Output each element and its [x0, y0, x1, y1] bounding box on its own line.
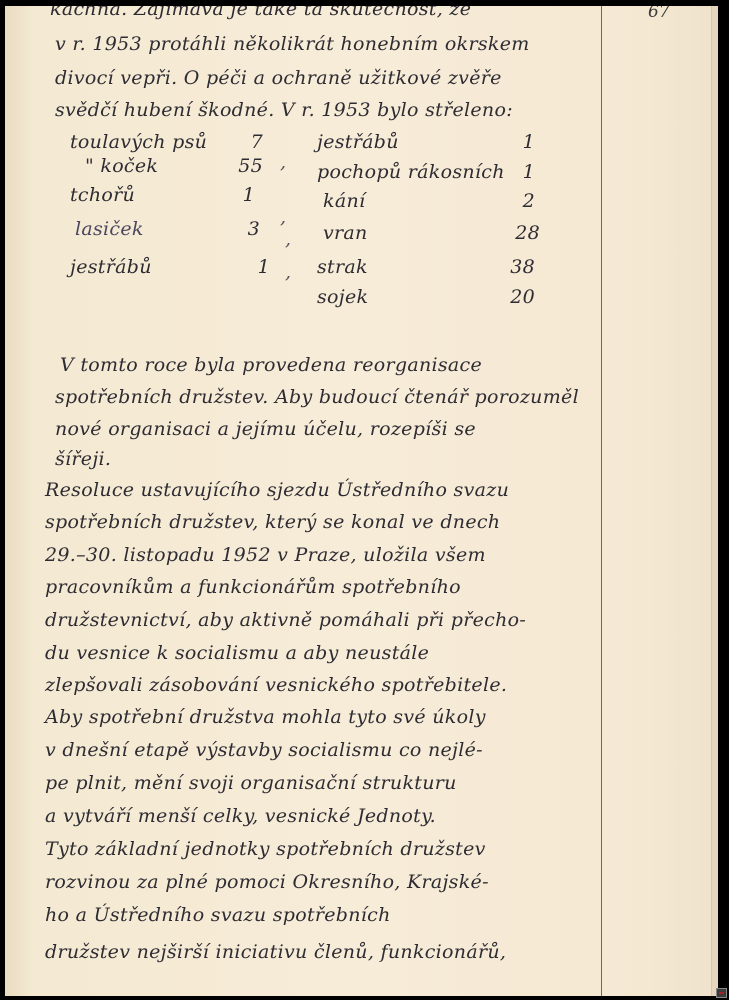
- table-left-name: tchořů: [70, 184, 135, 206]
- separator-mark: ,: [285, 261, 291, 283]
- table-right-name: kání: [323, 190, 365, 212]
- page-edge: [711, 6, 718, 996]
- text-line: šířeji.: [55, 448, 111, 470]
- minimize-icon[interactable]: [716, 988, 727, 998]
- text-line: 29.–30. listopadu 1952 v Praze, uložila …: [45, 544, 486, 566]
- text-line: kachna. Zajímavá je také ta skutečnost, …: [50, 6, 471, 20]
- text-line: a vytváří menší celky, vesnické Jednoty.: [45, 805, 436, 827]
- text-line: du vesnice k socialismu a aby neustále: [45, 642, 429, 664]
- text-line: v r. 1953 protáhli několikrát honebním o…: [55, 33, 530, 55]
- table-right-count: 2: [505, 190, 535, 212]
- table-left-count: 1: [240, 256, 270, 278]
- text-line: družstev nejširší iniciativu členů, funk…: [45, 941, 506, 963]
- text-line: v dnešní etapě výstavby socialismu co ne…: [45, 739, 483, 761]
- table-right-count: 1: [505, 131, 535, 153]
- table-left-count: 55: [233, 155, 263, 177]
- table-left-name: jestřábů: [70, 256, 152, 278]
- separator-mark: ,: [280, 151, 286, 173]
- scan-frame: 67 kachna. Zajímavá je také ta skutečnos…: [0, 0, 729, 1000]
- table-left-name: toulavých psů: [70, 131, 207, 153]
- text-line: rozvinou za plné pomoci Okresního, Krajs…: [45, 871, 489, 893]
- table-right-name: vran: [323, 222, 368, 244]
- table-right-name: jestřábů: [317, 131, 399, 153]
- text-line: ho a Ústředního svazu spotřebních: [45, 904, 391, 926]
- text-line: družstevnictví, aby aktivně pomáhali při…: [45, 609, 526, 631]
- table-right-count: 20: [505, 286, 535, 308]
- separator-mark: ,: [285, 228, 291, 250]
- table-right-name: strak: [317, 256, 368, 278]
- text-line: pracovníkům a funkcionářům spotřebního: [45, 576, 461, 598]
- table-right-count: 28: [510, 222, 540, 244]
- text-line: divocí vepři. O péči a ochraně užitkové …: [55, 67, 502, 89]
- text-line: spotřebních družstev. Aby budoucí čtenář…: [55, 386, 579, 408]
- table-right-count: 1: [505, 161, 535, 183]
- table-left-name: " koček: [85, 155, 158, 177]
- table-left-count: 3: [230, 218, 260, 240]
- chronicle-page: 67 kachna. Zajímavá je také ta skutečnos…: [5, 6, 718, 996]
- separator-mark: ,: [280, 206, 286, 228]
- table-left-count: 1: [225, 184, 255, 206]
- text-line: zlepšovali zásobování vesnického spotřeb…: [45, 674, 507, 696]
- table-left-count: 7: [233, 131, 263, 153]
- text-line: Resoluce ustavujícího sjezdu Ústředního …: [45, 479, 509, 501]
- text-line: pe plnit, mění svoji organisační struktu…: [45, 772, 457, 794]
- table-right-count: 38: [505, 256, 535, 278]
- text-line: Aby spotřební družstva mohla tyto své úk…: [45, 706, 486, 728]
- margin-line: [601, 6, 602, 996]
- text-line: svědčí hubení škodné. V r. 1953 bylo stř…: [55, 99, 513, 121]
- text-line: nové organisaci a jejímu účelu, rozepíši…: [55, 418, 476, 440]
- text-line: spotřebních družstev, který se konal ve …: [45, 511, 500, 533]
- table-right-name: pochopů rákosních: [317, 161, 505, 183]
- text-line: V tomto roce byla provedena reorganisace: [60, 354, 482, 376]
- table-left-name: lasiček: [75, 218, 144, 240]
- table-right-name: sojek: [317, 286, 368, 308]
- text-line: Tyto základní jednotky spotřebních družs…: [45, 838, 486, 860]
- page-number: 67: [648, 6, 670, 22]
